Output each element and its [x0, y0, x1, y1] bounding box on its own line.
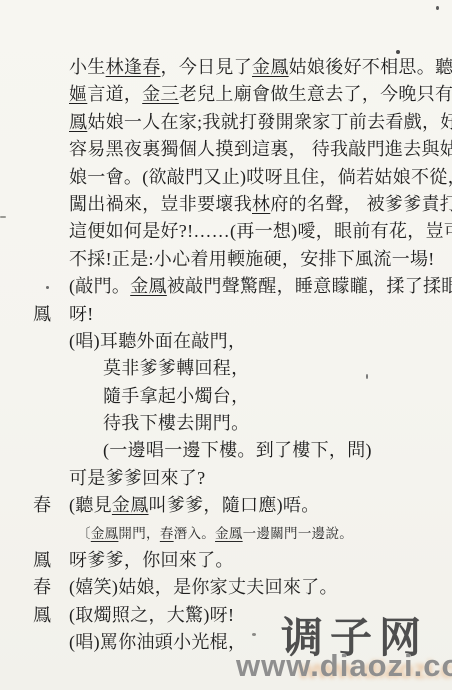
- script-text: 老兒上廟會做生意去了，今晚只有: [179, 84, 452, 104]
- script-line: 小生林逢春，今日見了金鳳姑娘後好不相思。聽林: [69, 54, 425, 81]
- proper-name-underlined: 金鳳: [252, 57, 289, 77]
- script-text: 〔: [77, 526, 91, 541]
- script-line: 闖出禍來，豈非要壞我林府的名聲， 被爹爹責打?: [69, 191, 425, 218]
- script-line: 〔金鳳開門，春潛入。金鳳一邊關門一邊說。: [69, 520, 425, 547]
- script-text: 這便如何是好?!……(再一想)噯，眼前有花，豈可: [69, 221, 452, 241]
- script-line: 鳳呀爹爹，你回來了。: [69, 547, 425, 574]
- script-text: 小生: [69, 57, 106, 77]
- script-line: 鳳姑娘一人在家;我就打發開衆家丁前去看戲，好: [69, 109, 425, 136]
- script-text: 府的名聲， 被爹爹責打?: [270, 194, 452, 214]
- script-text: 被敲門聲驚醒，睡意矇矓，揉了揉眼): [167, 276, 452, 296]
- scanned-script-page: 小生林逢春，今日見了金鳳姑娘後好不相思。聽林嫗言道，金三老兒上廟會做生意去了，今…: [0, 0, 452, 690]
- script-line: 莫非爹爹轉回程，: [69, 355, 425, 382]
- script-text: (取燭照之，大驚)呀!: [69, 605, 234, 625]
- scan-speck: [252, 633, 256, 636]
- script-text: 姑娘後好不相思。聽: [289, 57, 452, 77]
- proper-name-underlined: 金鳳: [112, 495, 149, 515]
- script-line: 可是爹爹回來了?: [69, 465, 425, 492]
- scan-speck: [0, 216, 6, 218]
- proper-name-underlined: 金三: [142, 84, 179, 104]
- script-text: (嬉笑)姑娘，是你家丈夫回來了。: [69, 577, 338, 597]
- speaker-label: 春: [33, 574, 51, 601]
- script-text: 呀爹爹，你回來了。: [69, 550, 234, 570]
- script-text: 隨手拿起小燭台，: [103, 386, 249, 406]
- script-text: 莫非爹爹轉回程，: [103, 358, 249, 378]
- speaker-label: 鳳: [33, 301, 51, 328]
- proper-name-underlined: 金鳳: [215, 526, 243, 541]
- proper-name-underlined: 春: [160, 526, 174, 541]
- script-line: 娘一會。(欲敲門又止)哎呀且住，倘若姑娘不從，: [69, 164, 425, 191]
- scan-speck: [366, 374, 368, 379]
- script-text: ，今日見了: [161, 57, 253, 77]
- script-text: 容易黑夜裏獨個人摸到這裏， 待我敲門進去與姑: [69, 139, 452, 159]
- script-line: (一邊唱一邊下樓。到了樓下，問): [69, 437, 425, 464]
- script-text: 言道，: [87, 84, 142, 104]
- script-text: 潛入。: [174, 526, 215, 541]
- script-text: 姑娘一人在家;我就打發開衆家丁前去看戲，好: [87, 112, 452, 132]
- script-text: 闖出禍來，豈非要壞我: [69, 194, 252, 214]
- proper-name-underlined: 嫗: [69, 84, 87, 104]
- script-text: (唱)罵你油頭小光棍，: [69, 632, 246, 652]
- speaker-label: 春: [33, 492, 51, 519]
- script-text: 叫爹爹，隨口應)唔。: [149, 495, 320, 515]
- proper-name-underlined: 鳳: [69, 112, 87, 132]
- script-text: 娘一會。(欲敲門又止)哎呀且住，倘若姑娘不從，: [69, 167, 452, 187]
- script-line: 容易黑夜裏獨個人摸到這裏， 待我敲門進去與姑: [69, 136, 425, 163]
- script-text-block: 小生林逢春，今日見了金鳳姑娘後好不相思。聽林嫗言道，金三老兒上廟會做生意去了，今…: [69, 54, 425, 657]
- script-text: 待我下樓去開門。: [103, 413, 249, 433]
- script-line: 春(聽見金鳳叫爹爹，隨口應)唔。: [69, 492, 425, 519]
- script-line: (敲門。金鳳被敲門聲驚醒，睡意矇矓，揉了揉眼): [69, 273, 425, 300]
- script-text: (聽見: [69, 495, 112, 515]
- watermark-site-url: www.diaozi.com: [236, 648, 452, 684]
- script-line: 隨手拿起小燭台，: [69, 383, 425, 410]
- script-line: 春(嬉笑)姑娘，是你家丈夫回來了。: [69, 574, 425, 601]
- script-text: 一邊關門一邊說。: [243, 526, 353, 541]
- script-line: (唱)耳聽外面在敲門，: [69, 328, 425, 355]
- script-line: 這便如何是好?!……(再一想)噯，眼前有花，豈可: [69, 218, 425, 245]
- scan-speck: [396, 50, 400, 54]
- proper-name-underlined: 林: [252, 194, 270, 214]
- script-text: (一邊唱一邊下樓。到了樓下，問): [103, 440, 372, 460]
- scan-speck: [436, 6, 439, 10]
- script-line: 嫗言道，金三老兒上廟會做生意去了，今晚只有金: [69, 81, 425, 108]
- proper-name-underlined: 林逢春: [106, 57, 161, 77]
- script-text: 開門，: [118, 526, 159, 541]
- proper-name-underlined: 金鳳: [130, 276, 167, 296]
- proper-name-underlined: 金鳳: [91, 526, 119, 541]
- script-text: 可是爹爹回來了?: [69, 468, 205, 488]
- speaker-label: 鳳: [33, 602, 51, 629]
- script-line: 不採!正是:小心着用輭施硬，安排下風流一場!: [69, 246, 425, 273]
- scan-speck: [46, 286, 49, 289]
- script-line: 待我下樓去開門。: [69, 410, 425, 437]
- script-text: (敲門。: [69, 276, 130, 296]
- script-text: (唱)耳聽外面在敲門，: [69, 331, 246, 351]
- speaker-label: 鳳: [33, 547, 51, 574]
- script-line: 鳳呀!: [69, 301, 425, 328]
- script-text: 呀!: [69, 304, 94, 324]
- script-text: 不採!正是:小心着用輭施硬，安排下風流一場!: [69, 249, 435, 269]
